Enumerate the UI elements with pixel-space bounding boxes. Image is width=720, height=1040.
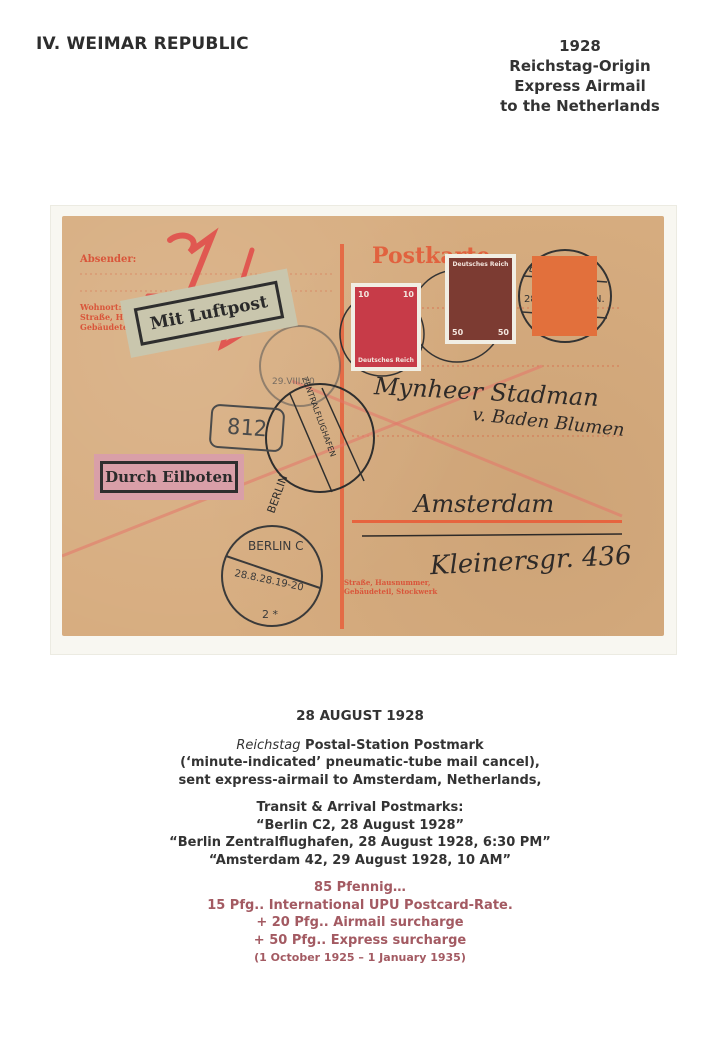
stamp-50-pfennig: Deutsches Reich 5050 (445, 254, 516, 344)
svg-text:2 *: 2 * (262, 608, 278, 621)
sender-label: Absender: (80, 254, 136, 265)
heading-line: to the Netherlands (480, 96, 680, 116)
caption-line: (‘minute-indicated’ pneumatic-tube mail … (100, 754, 620, 772)
address-footer: Straße, Hausnummer, Gebäudeteil, Stockwe… (344, 578, 437, 596)
section-title: IV. WEIMAR REPUBLIC (36, 34, 249, 54)
heading-line: Express Airmail (480, 76, 680, 96)
caption-date: 28 AUGUST 1928 (100, 708, 620, 726)
imprinted-stamp (532, 256, 597, 336)
stamp-denomination: 10 (403, 290, 414, 299)
rate-line: + 50 Pfg.. Express surcharge (100, 932, 620, 950)
transit-line: “Berlin Zentralflughafen, 28 August 1928… (100, 834, 620, 852)
rate-period: (1 October 1925 – 1 January 1935) (100, 949, 620, 967)
registration-box: 812 (209, 403, 286, 452)
stamp-inscription: Deutsches Reich (358, 357, 414, 364)
transit-line: “Amsterdam 42, 29 August 1928, 10 AM” (100, 852, 620, 870)
caption-line: sent express-airmail to Amsterdam, Nethe… (100, 772, 620, 790)
rate-line: 85 Pfennig… (100, 879, 620, 897)
rate-line: 15 Pfg.. International UPU Postcard-Rate… (100, 897, 620, 915)
svg-text:29.VIII.10: 29.VIII.10 (272, 377, 315, 387)
transit-line: “Berlin C2, 28 August 1928” (100, 817, 620, 835)
svg-text:ZENTRALFLUGHAFEN: ZENTRALFLUGHAFEN (300, 376, 337, 458)
transit-heading: Transit & Arrival Postmarks: (100, 799, 620, 817)
caption-postmark-text: Postal-Station Postmark (301, 738, 484, 753)
svg-text:BERLIN: BERLIN (265, 473, 291, 515)
caption-reichstag: Reichstag (236, 738, 300, 753)
express-label-text: Durch Eilboten (100, 461, 238, 493)
stamp-inscription: Deutsches Reich (452, 261, 509, 268)
heading-line: Reichstag-Origin (480, 56, 680, 76)
page-heading: 1928 Reichstag-Origin Express Airmail to… (480, 36, 680, 116)
caption-line-postmark: Reichstag Postal-Station Postmark (100, 737, 620, 755)
stamp-10-pfennig: 1010 Deutsches Reich (351, 283, 421, 371)
postcard-image: BERLIN C 28.8.28.19-20 2 * BERLIN N.W. 2… (62, 216, 664, 636)
rate-line: + 20 Pfg.. Airmail surcharge (100, 914, 620, 932)
rate-block: 85 Pfennig… 15 Pfg.. International UPU P… (100, 879, 620, 967)
caption: 28 AUGUST 1928 Reichstag Postal-Station … (100, 708, 620, 967)
stamp-denomination: 50 (498, 328, 509, 337)
svg-text:28.8.28.19-20: 28.8.28.19-20 (233, 568, 304, 593)
postmark-berlin-c-top: BERLIN C (248, 539, 304, 553)
stamp-denomination: 10 (358, 290, 369, 299)
handwritten-city: Amsterdam (414, 490, 554, 518)
address-footer-line: Gebäudeteil, Stockwerk (344, 587, 437, 596)
address-footer-line: Straße, Hausnummer, (344, 578, 437, 587)
stamp-denomination: 50 (452, 328, 463, 337)
express-label: Durch Eilboten (94, 454, 244, 500)
heading-year: 1928 (480, 36, 680, 56)
